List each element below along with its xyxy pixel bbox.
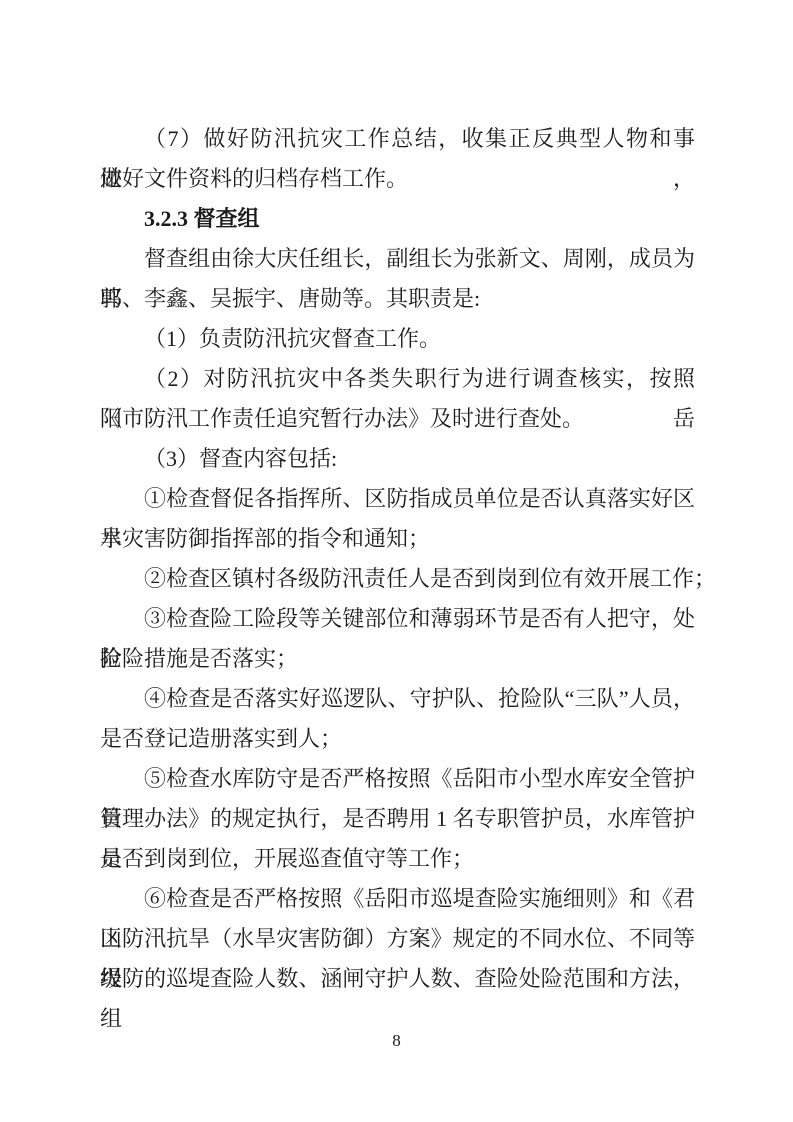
paragraph-intro-line-2: 鸣、李鑫、吴振宇、唐勋等。其职责是: — [100, 279, 695, 319]
item-1-line-1: ①检查督促各指挥所、区防指成员单位是否认真落实好区水 — [100, 479, 695, 519]
item-6-line-1: ⑥检查是否严格按照《岳阳市巡堤查险实施细则》和《君山 — [100, 879, 695, 919]
item-3-line-1: ③检查险工险段等关键部位和薄弱环节是否有人把守，处险 — [100, 599, 695, 639]
document-body: （7）做好防汛抗灾工作总结，收集正反典型人物和事迹， 做好文件资料的归档存档工作… — [100, 119, 695, 999]
item-2-line-1: ②检查区镇村各级防汛责任人是否到岗到位有效开展工作； — [100, 559, 695, 599]
paragraph-7-line-1: （7）做好防汛抗灾工作总结，收集正反典型人物和事迹， — [100, 119, 695, 159]
item-4-line-1: ④检查是否落实好巡逻队、守护队、抢险队“三队”人员， — [100, 679, 695, 719]
item-3-line-2: 抢险措施是否落实； — [100, 639, 695, 679]
item-4-line-2: 是否登记造册落实到人； — [100, 719, 695, 759]
document-page: （7）做好防汛抗灾工作总结，收集正反典型人物和事迹， 做好文件资料的归档存档工作… — [0, 0, 793, 1122]
duty-2-line-1: （2）对防汛抗灾中各类失职行为进行调查核实，按照《岳 — [100, 359, 695, 399]
duty-3-line-1: （3）督查内容包括: — [100, 439, 695, 479]
page-footer: 8 — [0, 1028, 793, 1054]
item-5-line-1: ⑤检查水库防守是否严格按照《岳阳市小型水库安全管护员 — [100, 759, 695, 799]
page-number: 8 — [392, 1028, 401, 1054]
item-1-line-2: 旱灾害防御指挥部的指令和通知； — [100, 519, 695, 559]
item-5-line-2: 管理办法》的规定执行，是否聘用 1 名专职管护员，水库管护员 — [100, 799, 695, 839]
paragraph-intro-line-1: 督查组由徐大庆任组长，副组长为张新文、周刚，成员为郭 — [100, 239, 695, 279]
item-6-line-3: 堤防的巡堤查险人数、涵闸守护人数、查险处险范围和方法，组 — [100, 959, 695, 999]
duty-1-line-1: （1）负责防汛抗灾督查工作。 — [100, 319, 695, 359]
item-6-line-2: 区防汛抗旱（水旱灾害防御）方案》规定的不同水位、不同等级 — [100, 919, 695, 959]
item-5-line-3: 是否到岗到位，开展巡查值守等工作； — [100, 839, 695, 879]
section-heading: 3.2.3 督查组 — [100, 199, 695, 239]
